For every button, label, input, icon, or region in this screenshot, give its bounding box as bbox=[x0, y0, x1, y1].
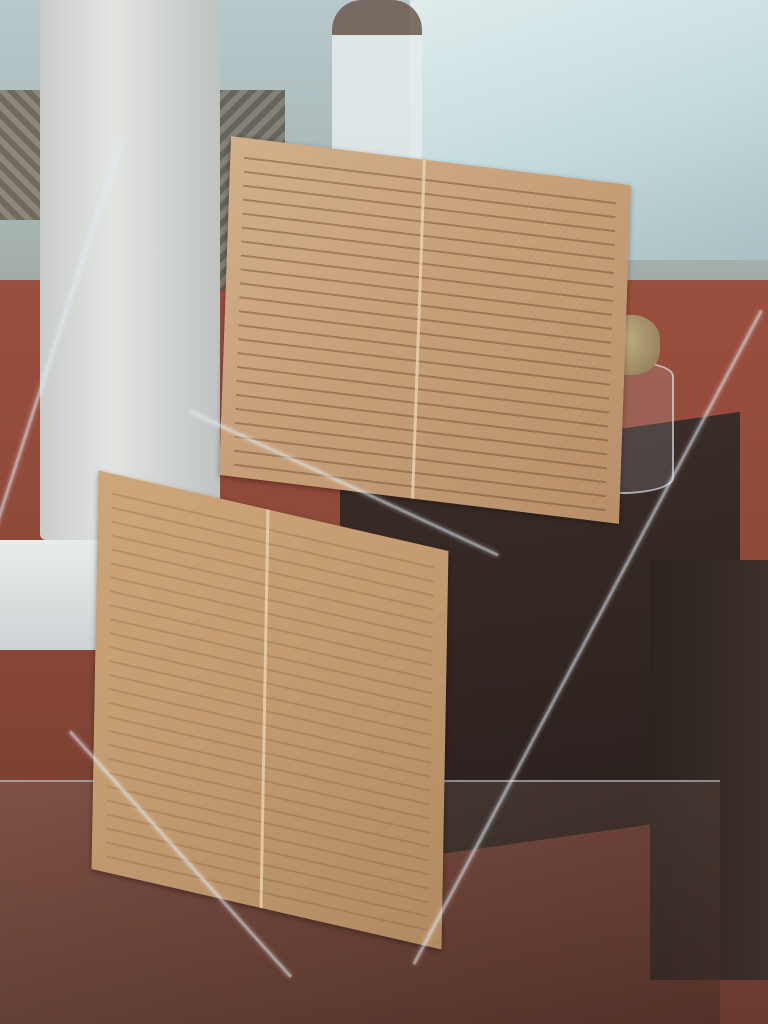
column bbox=[40, 0, 220, 540]
manuscript-upper bbox=[219, 136, 631, 524]
white-pedestal-left bbox=[0, 540, 110, 650]
manuscript-fold bbox=[411, 160, 426, 499]
reflected-person bbox=[332, 0, 422, 160]
manuscript-fold bbox=[260, 509, 270, 908]
manuscript-lower bbox=[92, 471, 449, 950]
museum-photo bbox=[0, 0, 768, 1024]
